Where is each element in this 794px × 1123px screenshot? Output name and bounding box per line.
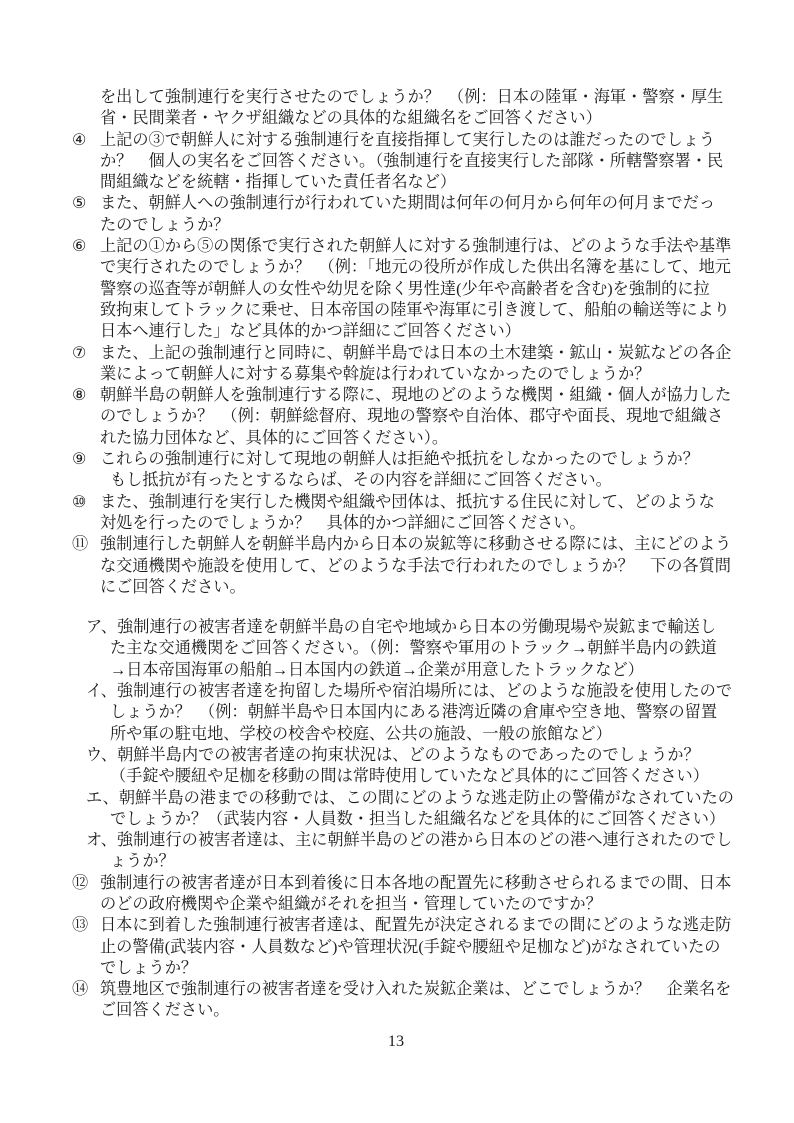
text-line: た主な交通機関をご回答ください。（例：警察や軍用のトラック→朝鮮半島内の鉄道: [110, 638, 720, 659]
text-line: 日本に到着した強制連行被害者達は、配置先が決定されるまでの間にどのような逃走防: [100, 915, 720, 936]
sub-question-e: エ、朝鮮半島の港までの移動では、この間にどのような逃走防止の警備がなされていたの…: [86, 788, 720, 831]
text-line: 筑豊地区で強制連行の被害者達を受け入れた炭鉱企業は、どこでしょうか？ 企業名を: [100, 979, 720, 1000]
page-number: 13: [72, 1031, 720, 1052]
text-line: しょうか？ （例：朝鮮半島や日本国内にある港湾近隣の倉庫や空き地、警察の留置: [110, 702, 720, 723]
text-line: ウ、朝鮮半島内での被害者達の拘束状況は、どのようなものであったのでしょうか？: [110, 745, 720, 766]
text-line: 所や軍の駐屯地、学校の校舎や校庭、公共の施設、一般の旅館など）: [110, 724, 720, 745]
text-line: 間組織などを統轄・指揮していた責任者名など）: [100, 172, 720, 193]
question-item-8: ⑧ 朝鮮半島の朝鮮人を強制連行する際に、現地のどのような機関・組織・個人が協力し…: [72, 385, 720, 449]
item-marker: ⑩: [72, 492, 100, 535]
text-line: 強制連行した朝鮮人を朝鮮半島内から日本の炭鉱等に移動させる際には、主にどのよう: [100, 534, 720, 555]
text-line: オ、強制連行の被害者達は、主に朝鮮半島のどの港から日本のどの港へ連行されたのでし: [110, 830, 720, 851]
text-line: のでしょうか？ （例：朝鮮総督府、現地の警察や自治体、郡守や面長、現地で組織さ: [100, 406, 720, 427]
text-line: また、上記の強制連行と同時に、朝鮮半島では日本の土木建築・鉱山・炭鉱などの各企: [100, 343, 720, 364]
text-line: 上記の③で朝鮮人に対する強制連行を直接指揮して実行したのは誰だったのでしょう: [100, 130, 720, 151]
text-line: エ、朝鮮半島の港までの移動では、この間にどのような逃走防止の警備がなされていたの: [110, 788, 720, 809]
section-gap: [72, 598, 720, 617]
item-marker: ⑦: [72, 343, 100, 386]
text-line: もし抵抗が有ったとするならば、その内容を詳細にご回答ください。: [100, 470, 720, 491]
text-line: また、強制連行を実行した機関や組織や団体は、抵抗する住民に対して、どのような: [100, 492, 720, 513]
text-line: （手錠や腰紐や足枷を移動の間は常時使用していたなど具体的にご回答ください）: [110, 766, 720, 787]
sub-question-section: ア、強制連行の被害者達を朝鮮半島の自宅や地域から日本の労働現場や炭鉱まで輸送し …: [86, 617, 720, 873]
text-line: 強制連行の被害者達が日本到着後に日本各地の配置先に移動させられるまでの間、日本: [100, 873, 720, 894]
item-marker: ⑫: [72, 873, 100, 916]
text-line: 警察の巡査等が朝鮮人の女性や幼児を除く男性達(少年や高齢者を含む)を強制的に拉: [100, 279, 720, 300]
text-line: にご回答ください。: [100, 577, 720, 598]
text-line: ご回答ください。: [100, 1000, 720, 1021]
question-item-4: ④ 上記の③で朝鮮人に対する強制連行を直接指揮して実行したのは誰だったのでしょう…: [72, 130, 720, 194]
text-line: 朝鮮半島の港までの移動では、この間にどのような逃走防止の警備がなされていたの: [119, 789, 734, 807]
text-line: れた協力団体など、具体的にご回答ください）。: [100, 428, 720, 449]
question-item-6: ⑥ 上記の①から⑤の関係で実行された朝鮮人に対する強制連行は、どのような手法や基…: [72, 236, 720, 342]
item-marker-empty: [72, 87, 100, 130]
item-marker: エ、: [86, 789, 119, 807]
item-marker: ⑨: [72, 449, 100, 492]
item-marker: オ、: [86, 831, 117, 849]
text-line: で実行されたのでしょうか？ （例：「地元の役所が作成した供出名簿を基にして、地元: [100, 257, 720, 278]
sub-question-a: ア、強制連行の被害者達を朝鮮半島の自宅や地域から日本の労働現場や炭鉱まで輸送し …: [86, 617, 720, 681]
text-line: か？ 個人の実名をご回答ください。（強制連行を直接実行した部隊・所轄警察署・民: [100, 151, 720, 172]
item-marker: ウ、: [86, 746, 117, 764]
text-line: 強制連行の被害者達を拘留した場所や宿泊場所には、どのような施設を使用したので: [117, 682, 732, 700]
question-item-11: ⑪ 強制連行した朝鮮人を朝鮮半島内から日本の炭鉱等に移動させる際には、主にどのよ…: [72, 534, 720, 598]
text-line: のどの政府機関や企業や組織がそれを担当・管理していたのですか？: [100, 894, 720, 915]
item-marker: ⑭: [72, 979, 100, 1022]
text-line: イ、強制連行の被害者達を拘留した場所や宿泊場所には、どのような施設を使用したので: [110, 681, 720, 702]
text-line: ア、強制連行の被害者達を朝鮮半島の自宅や地域から日本の労働現場や炭鉱まで輸送し: [110, 617, 720, 638]
text-line: でしょうか？（武装内容・人員数・担当した組織名などを具体的にご回答ください）: [110, 809, 720, 830]
text-line: な交通機関や施設を使用して、どのような手法で行われたのでしょうか？ 下の各質問: [100, 556, 720, 577]
text-line: 上記の①から⑤の関係で実行された朝鮮人に対する強制連行は、どのような手法や基準: [100, 236, 720, 257]
question-item-5: ⑤ また、朝鮮人への強制連行が行われていた期間は何年の何月から何年の何月までだっ…: [72, 193, 720, 236]
document-page: を出して強制連行を実行させたのでしょうか？ （例：日本の陸軍・海軍・警察・厚生 …: [0, 0, 794, 1123]
text-line: 朝鮮半島の朝鮮人を強制連行する際に、現地のどのような機関・組織・個人が協力した: [100, 385, 720, 406]
question-item-13: ⑬ 日本に到着した強制連行被害者達は、配置先が決定されるまでの間にどのような逃走…: [72, 915, 720, 979]
text-line: ょうか？: [110, 851, 720, 872]
sub-question-i: イ、強制連行の被害者達を拘留した場所や宿泊場所には、どのような施設を使用したので…: [86, 681, 720, 745]
question-item-7: ⑦ また、上記の強制連行と同時に、朝鮮半島では日本の土木建築・鉱山・炭鉱などの各…: [72, 343, 720, 386]
item-marker: ④: [72, 130, 100, 194]
item-marker: イ、: [86, 682, 117, 700]
text-line: →日本帝国海軍の船舶→日本国内の鉄道→企業が用意したトラックなど）: [110, 660, 720, 681]
text-line: 致拘束してトラックに乗せ、日本帝国の陸軍や海軍に引き渡して、船舶の輸送等により: [100, 300, 720, 321]
sub-question-o: オ、強制連行の被害者達は、主に朝鮮半島のどの港から日本のどの港へ連行されたのでし…: [86, 830, 720, 873]
continuation-paragraph: を出して強制連行を実行させたのでしょうか？ （例：日本の陸軍・海軍・警察・厚生 …: [72, 87, 720, 130]
text-line: 対処を行ったのでしょうか？ 具体的かつ詳細にご回答ください。: [100, 513, 720, 534]
question-item-9: ⑨ これらの強制連行に対して現地の朝鮮人は拒絶や抵抗をしなかったのでしょうか？ …: [72, 449, 720, 492]
text-line: を出して強制連行を実行させたのでしょうか？ （例：日本の陸軍・海軍・警察・厚生: [100, 87, 720, 108]
item-marker: ⑤: [72, 193, 100, 236]
item-marker: ⑪: [72, 534, 100, 598]
question-item-12: ⑫ 強制連行の被害者達が日本到着後に日本各地の配置先に移動させられるまでの間、日…: [72, 873, 720, 916]
text-line: 強制連行の被害者達を朝鮮半島の自宅や地域から日本の労働現場や炭鉱まで輸送し: [117, 618, 716, 636]
text-line: 止の警備(武装内容・人員数など)や管理状況(手錠や腰紐や足枷など)がなされていた…: [100, 937, 720, 958]
item-marker: ⑥: [72, 236, 100, 342]
question-item-14: ⑭ 筑豊地区で強制連行の被害者達を受け入れた炭鉱企業は、どこでしょうか？ 企業名…: [72, 979, 720, 1022]
sub-question-u: ウ、朝鮮半島内での被害者達の拘束状況は、どのようなものであったのでしょうか？ （…: [86, 745, 720, 788]
text-line: 朝鮮半島内での被害者達の拘束状況は、どのようなものであったのでしょうか？: [117, 746, 700, 764]
item-marker: ア、: [86, 618, 117, 636]
text-line: 省・民間業者・ヤクザ組織などの具体的な組織名をご回答ください）: [100, 108, 720, 129]
text-line: 強制連行の被害者達は、主に朝鮮半島のどの港から日本のどの港へ連行されたのでし: [117, 831, 732, 849]
question-item-10: ⑩ また、強制連行を実行した機関や組織や団体は、抵抗する住民に対して、どのような…: [72, 492, 720, 535]
text-line: たのでしょうか？: [100, 215, 720, 236]
text-line: また、朝鮮人への強制連行が行われていた期間は何年の何月から何年の何月までだっ: [100, 193, 720, 214]
text-line: でしょうか？: [100, 958, 720, 979]
item-marker: ⑧: [72, 385, 100, 449]
text-line: 日本へ連行した」など具体的かつ詳細にご回答ください）: [100, 321, 720, 342]
item-marker: ⑬: [72, 915, 100, 979]
text-line: これらの強制連行に対して現地の朝鮮人は拒絶や抵抗をしなかったのでしょうか？: [100, 449, 720, 470]
text-line: 業によって朝鮮人に対する募集や斡旋は行われていなかったのでしょうか？: [100, 364, 720, 385]
